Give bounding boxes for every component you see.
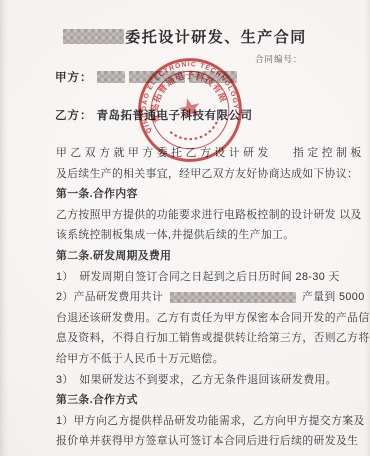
document-title: 委托设计研发、生产合同 — [125, 26, 307, 47]
body-line: 息及资料，不得自行加工销售或提供转让给第三方，否则乙方将 — [56, 328, 356, 349]
clause-2-heading: 第二条.研发周期及费用 — [56, 246, 356, 267]
body-line: 1） 研发周期自签订合同之日起到之后日历时间 28-30 天 — [56, 267, 356, 288]
contract-body: 甲乙双方就甲方委托乙方设计研发 指定控制板 及后续生产的相关事宜，经甲乙双方友好… — [56, 143, 356, 452]
body-line: 甲乙双方就甲方委托乙方设计研发 指定控制板 — [56, 143, 356, 164]
redacted-fee-amount — [170, 292, 296, 303]
party-a-row: 甲方： — [55, 69, 237, 85]
fee-line-prefix: 2）产品研发费用共计 — [56, 291, 163, 303]
redacted-party-a-block — [129, 71, 185, 83]
party-a-label: 甲方： — [55, 69, 93, 85]
party-b-row: 乙方： 青岛拓普通电子科技有限公司 — [55, 107, 253, 123]
contract-number-label: 合同编号： — [255, 53, 303, 65]
body-line-fee: 2）产品研发费用共计 产量到 5000 — [56, 287, 356, 308]
redacted-party-a-block — [97, 71, 125, 83]
party-b-name: 青岛拓普通电子科技有限公司 — [97, 107, 253, 123]
body-line: 给甲方不低于人民币十万元赔偿。 — [56, 349, 356, 370]
body-line: 报价单并获得甲方签章认可签订本合同后进行后续的研发及生 — [56, 431, 356, 452]
stamp-english-arc-text: QINGDAO ELECTRONIC TECHNOLOGY CO.,LTD. — [134, 54, 241, 139]
body-line: 该系统控制板集成一体,并提供后续的生产加工。 — [56, 225, 356, 246]
svg-text:QINGDAO ELECTRONIC TECHNOLOGY: QINGDAO ELECTRONIC TECHNOLOGY CO.,LTD. — [134, 54, 241, 139]
document-title-row: 委托设计研发、生产合同 — [0, 26, 370, 47]
clause-3-heading: 第三条.合作方式 — [56, 390, 356, 411]
body-line: 台退还该研发费用。乙方有责任为甲方保密本合同开发的产品信 — [56, 308, 356, 329]
body-line: 及后续生产的相关事宜，经甲乙双方友好协商达成如下协议： — [56, 164, 356, 185]
party-b-label: 乙方： — [55, 107, 93, 123]
contract-document-photo: 委托设计研发、生产合同 合同编号： 甲方： 乙方： 青岛拓普通电子科技有限公司 … — [0, 0, 370, 456]
redacted-party-a-block — [189, 71, 237, 83]
body-line: 1）甲方向乙方提供样品研发功能需求，乙方向甲方提交方案及 — [56, 411, 356, 432]
clause-1-heading: 第一条.合作内容 — [56, 184, 356, 205]
fee-line-suffix: 产量到 5000 — [302, 291, 365, 303]
redacted-title-prefix — [63, 29, 124, 44]
stamp-dotted-arc — [171, 121, 220, 144]
body-line: 3） 如果研发达不到要求，乙方无条件退回该研发费用。 — [56, 370, 356, 391]
body-line: 乙方按照甲方提供的功能要求进行电路板控制的设计研发 以及 — [56, 205, 356, 226]
